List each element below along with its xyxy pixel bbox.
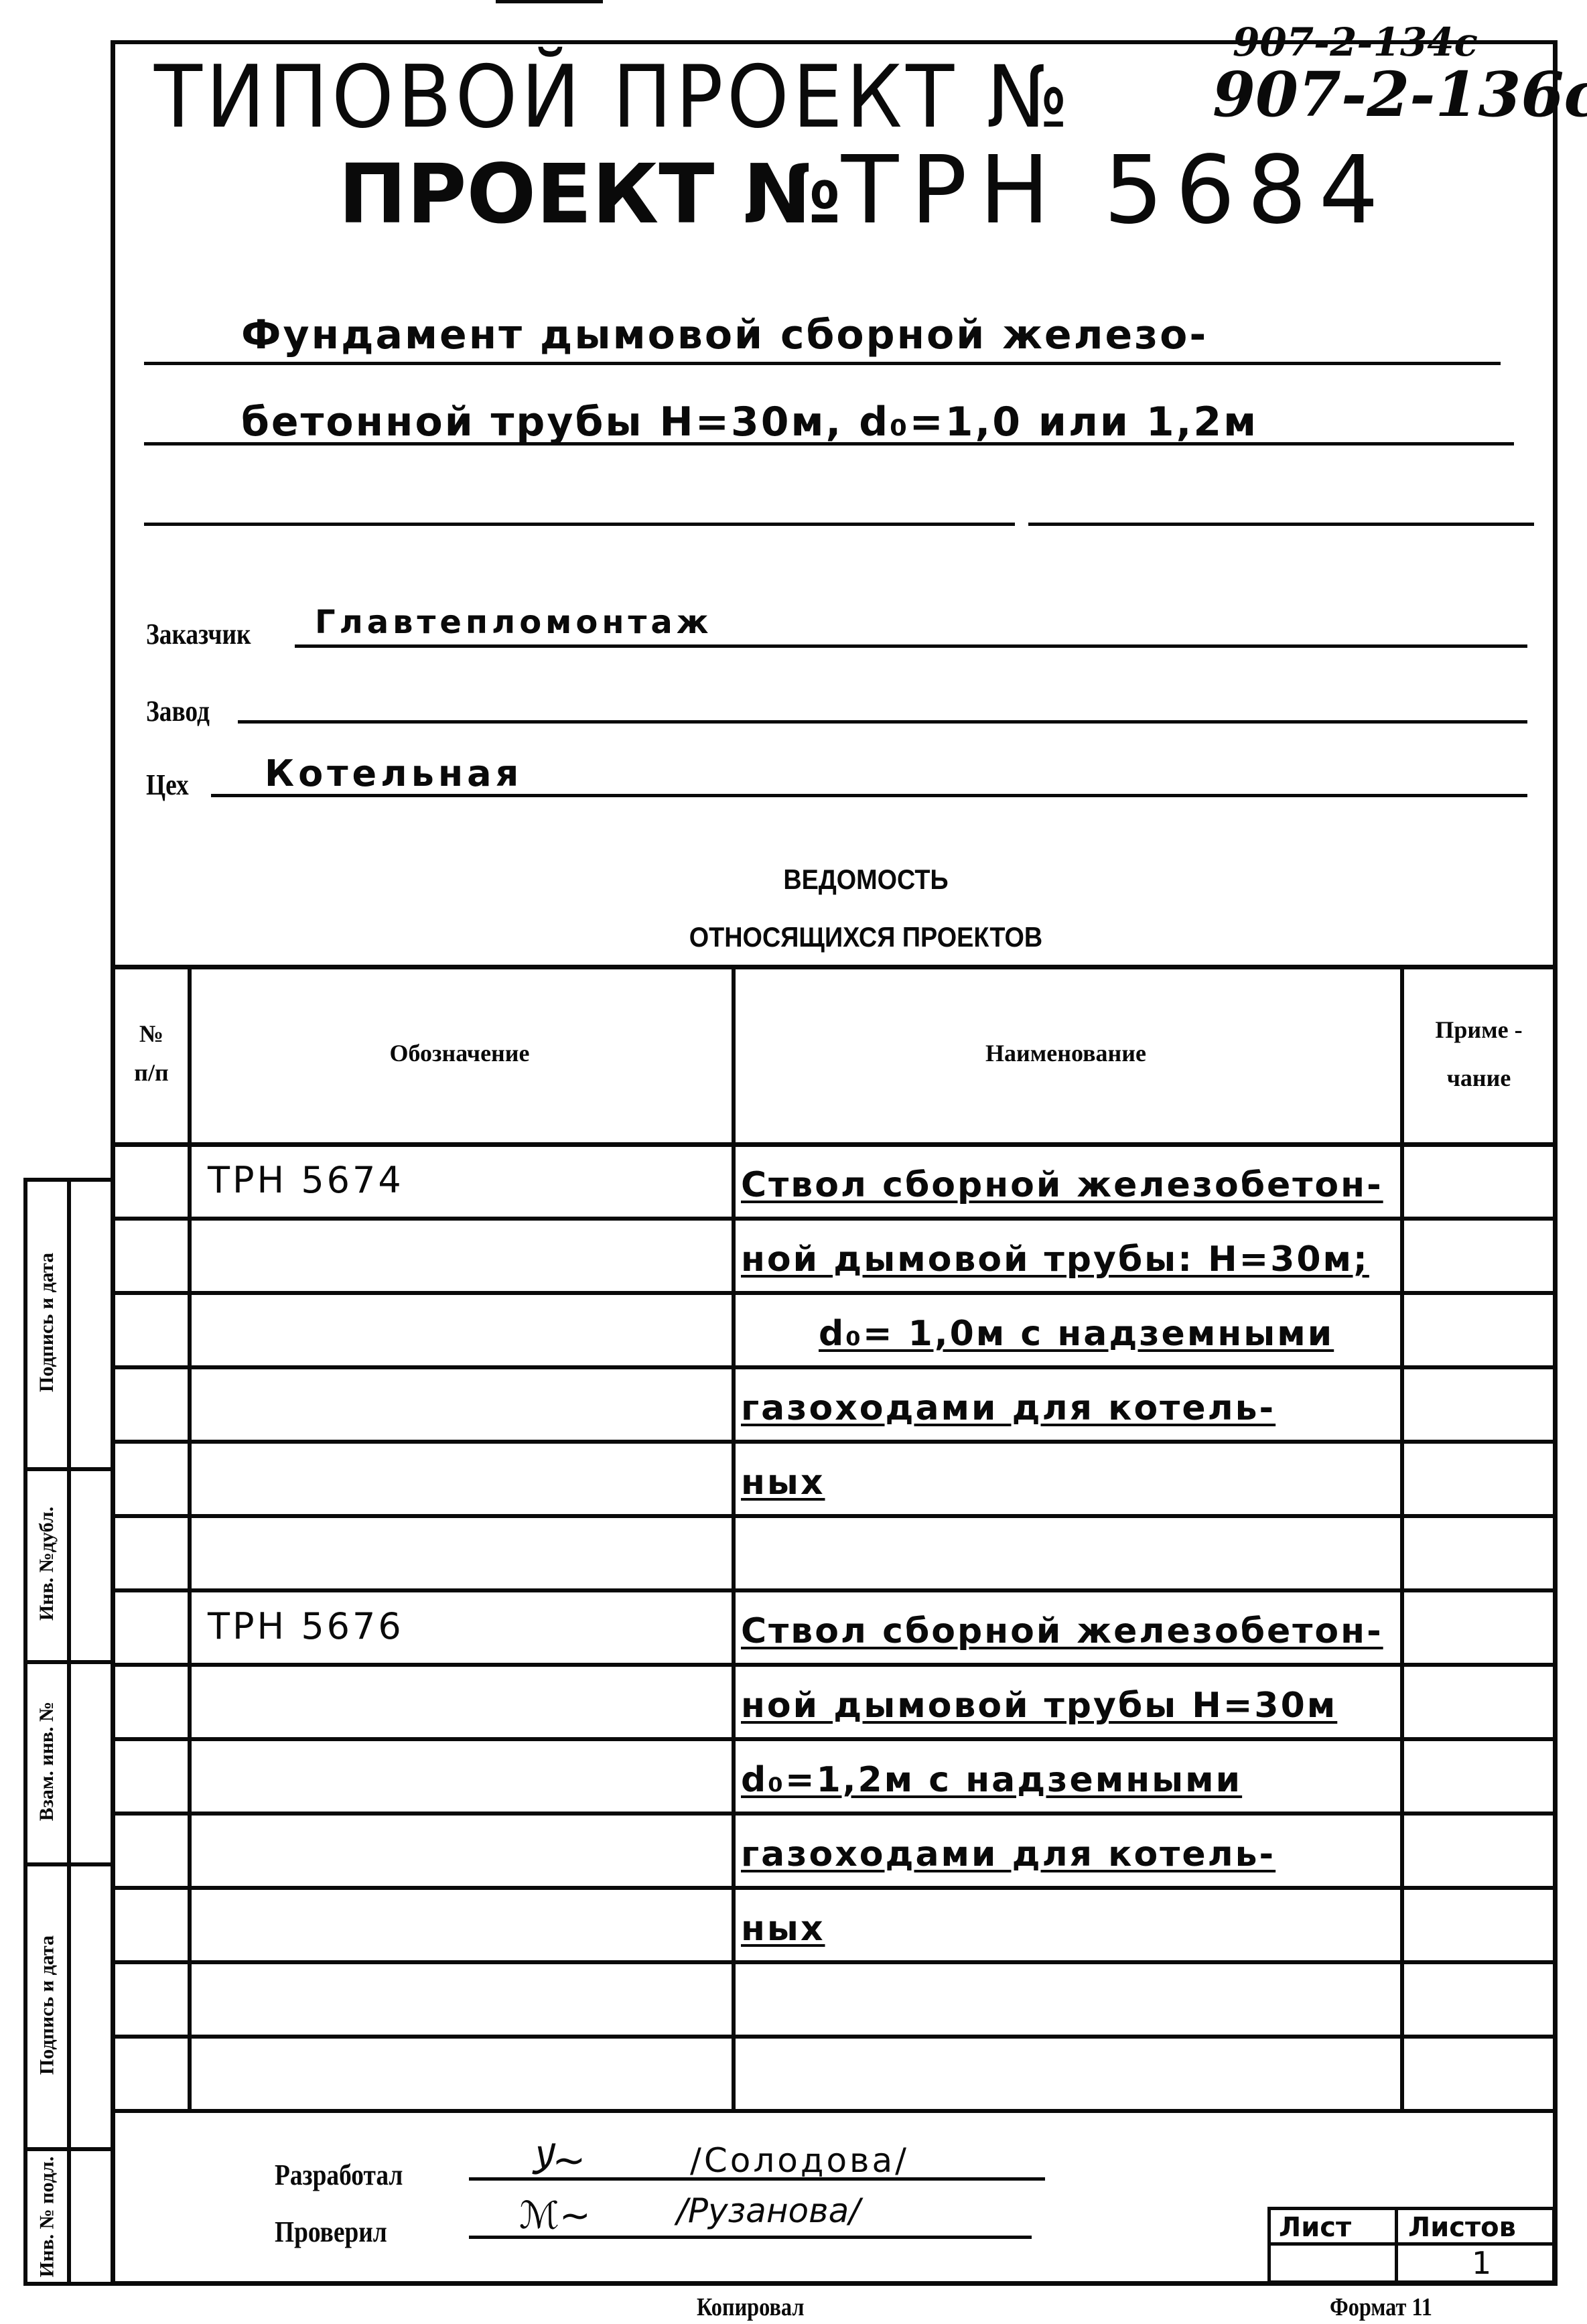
cell-name: ной дымовой трубы H=30м — [741, 1688, 1337, 1723]
side-strip-label: Инв. № подл. — [37, 2147, 57, 2286]
table-row: d₀= 1,0м с надземными — [115, 1291, 1558, 1365]
typical-project-label: ТИПОВОЙ ПРОЕКТ № — [154, 55, 1073, 141]
side-strip-bottom — [23, 2282, 115, 2286]
format-label: Формат 11 — [1330, 2295, 1432, 2320]
header-designation: Обозначение — [188, 965, 732, 1142]
table-row: ной дымовой трубы: H=30м; — [115, 1217, 1558, 1291]
side-strip-inner-line — [67, 1178, 71, 2286]
copied-label: Копировал — [697, 2295, 804, 2320]
cell-name: Ствол сборной железобетон- — [741, 1168, 1383, 1203]
shop-rule — [211, 794, 1527, 797]
table-row: ной дымовой трубы H=30м — [115, 1663, 1558, 1737]
side-strip-label: Подпись и дата — [37, 1178, 57, 1467]
project-number: ТРН 5684 — [841, 136, 1391, 245]
header-note: Приме -чание — [1400, 965, 1558, 1142]
typical-project-number: 907-2-136с — [1213, 64, 1587, 125]
statement-title-2: ОТНОСЯЩИХСЯ ПРОЕКТОВ — [151, 923, 1580, 951]
checked-name: /Рузанова/ — [677, 2194, 860, 2228]
header-note-text: Приме - — [1435, 1006, 1522, 1054]
subject-line-1: Фундамент дымовой сборной железо- — [241, 315, 1208, 355]
table-row: d₀=1,2м с надземными — [115, 1737, 1558, 1812]
customer-label: Заказчик — [146, 620, 251, 649]
sheet-block-divider-v — [1395, 2210, 1398, 2284]
checked-label: Проверил — [275, 2217, 387, 2247]
cell-designation: ТРН 5674 — [208, 1162, 404, 1199]
plant-label: Завод — [146, 697, 210, 726]
developed-signature: ﻻ~ — [529, 2140, 586, 2181]
side-strip-label: Взам. инв. № — [37, 1660, 57, 1862]
header-num-text: п/п — [134, 1054, 169, 1093]
table-row — [115, 1960, 1558, 2035]
sheet-label: Лист — [1279, 2214, 1351, 2241]
sheets-value: 1 — [1472, 2248, 1491, 2278]
sheets-label: Листов — [1408, 2214, 1516, 2241]
table-row — [115, 2035, 1558, 2109]
table-row: газоходами для котель- — [115, 1365, 1558, 1440]
header-num-text: № — [139, 1015, 163, 1054]
top-stub-line — [496, 0, 603, 3]
related-projects-table: №п/пОбозначениеНаименованиеПриме -чаниеТ… — [115, 965, 1558, 2110]
cell-name: ной дымовой трубы: H=30м; — [741, 1242, 1369, 1277]
developed-label: Разработал — [275, 2161, 403, 2190]
table-row: ных — [115, 1886, 1558, 1960]
subject-rule-3a — [144, 523, 1015, 526]
subject-rule-3b — [1028, 523, 1534, 526]
shop-label: Цех — [146, 770, 189, 800]
side-strip-outer-line — [23, 1178, 27, 2286]
cell-name: ных — [741, 1465, 825, 1500]
cell-name: d₀= 1,0м с надземными — [819, 1316, 1334, 1351]
checked-signature: ℳ~ — [519, 2197, 591, 2235]
cell-name: Ствол сборной железобетон- — [741, 1614, 1383, 1649]
cell-name: ных — [741, 1911, 825, 1946]
shop-value: Котельная — [265, 756, 523, 792]
table-row: газоходами для котель- — [115, 1812, 1558, 1886]
side-strip-label: Инв. №дубл. — [37, 1467, 57, 1660]
cell-name: газоходами для котель- — [741, 1837, 1275, 1872]
header-note-text: чание — [1447, 1054, 1511, 1102]
table-row-border — [115, 2109, 1558, 2113]
header-num: №п/п — [115, 965, 188, 1142]
developed-name: /Солодова/ — [690, 2144, 909, 2177]
table-row: ТРН 5674Ствол сборной железобетон- — [115, 1142, 1558, 1217]
cell-designation: ТРН 5676 — [208, 1609, 404, 1645]
table-row: ных — [115, 1440, 1558, 1514]
customer-value: Главтепломонтаж — [315, 606, 713, 638]
cell-name: d₀=1,2м с надземными — [741, 1763, 1242, 1797]
developed-rule — [469, 2177, 1045, 2181]
table-row — [115, 1514, 1558, 1588]
subject-line-2: бетонной трубы H=30м, d₀=1,0 или 1,2м — [241, 402, 1258, 442]
project-label: ПРОЕКТ № — [338, 147, 841, 242]
statement-title-1: ВЕДОМОСТЬ — [151, 866, 1580, 894]
plant-rule — [238, 720, 1527, 724]
side-strip-label: Подпись и дата — [37, 1862, 57, 2147]
customer-rule — [295, 644, 1527, 648]
sheet-block: Лист Листов 1 — [1267, 2207, 1556, 2284]
project-title: ПРОЕКТ №ТРН 5684 — [338, 144, 1391, 238]
cell-name: газоходами для котель- — [741, 1391, 1275, 1426]
checked-rule — [469, 2236, 1032, 2239]
subject-rule-2 — [144, 442, 1514, 446]
table-row: ТРН 5676Ствол сборной железобетон- — [115, 1588, 1558, 1663]
subject-rule-1 — [144, 362, 1501, 365]
header-name: Наименование — [732, 965, 1400, 1142]
typical-project-number-old: 907-2-134с — [1233, 23, 1478, 62]
